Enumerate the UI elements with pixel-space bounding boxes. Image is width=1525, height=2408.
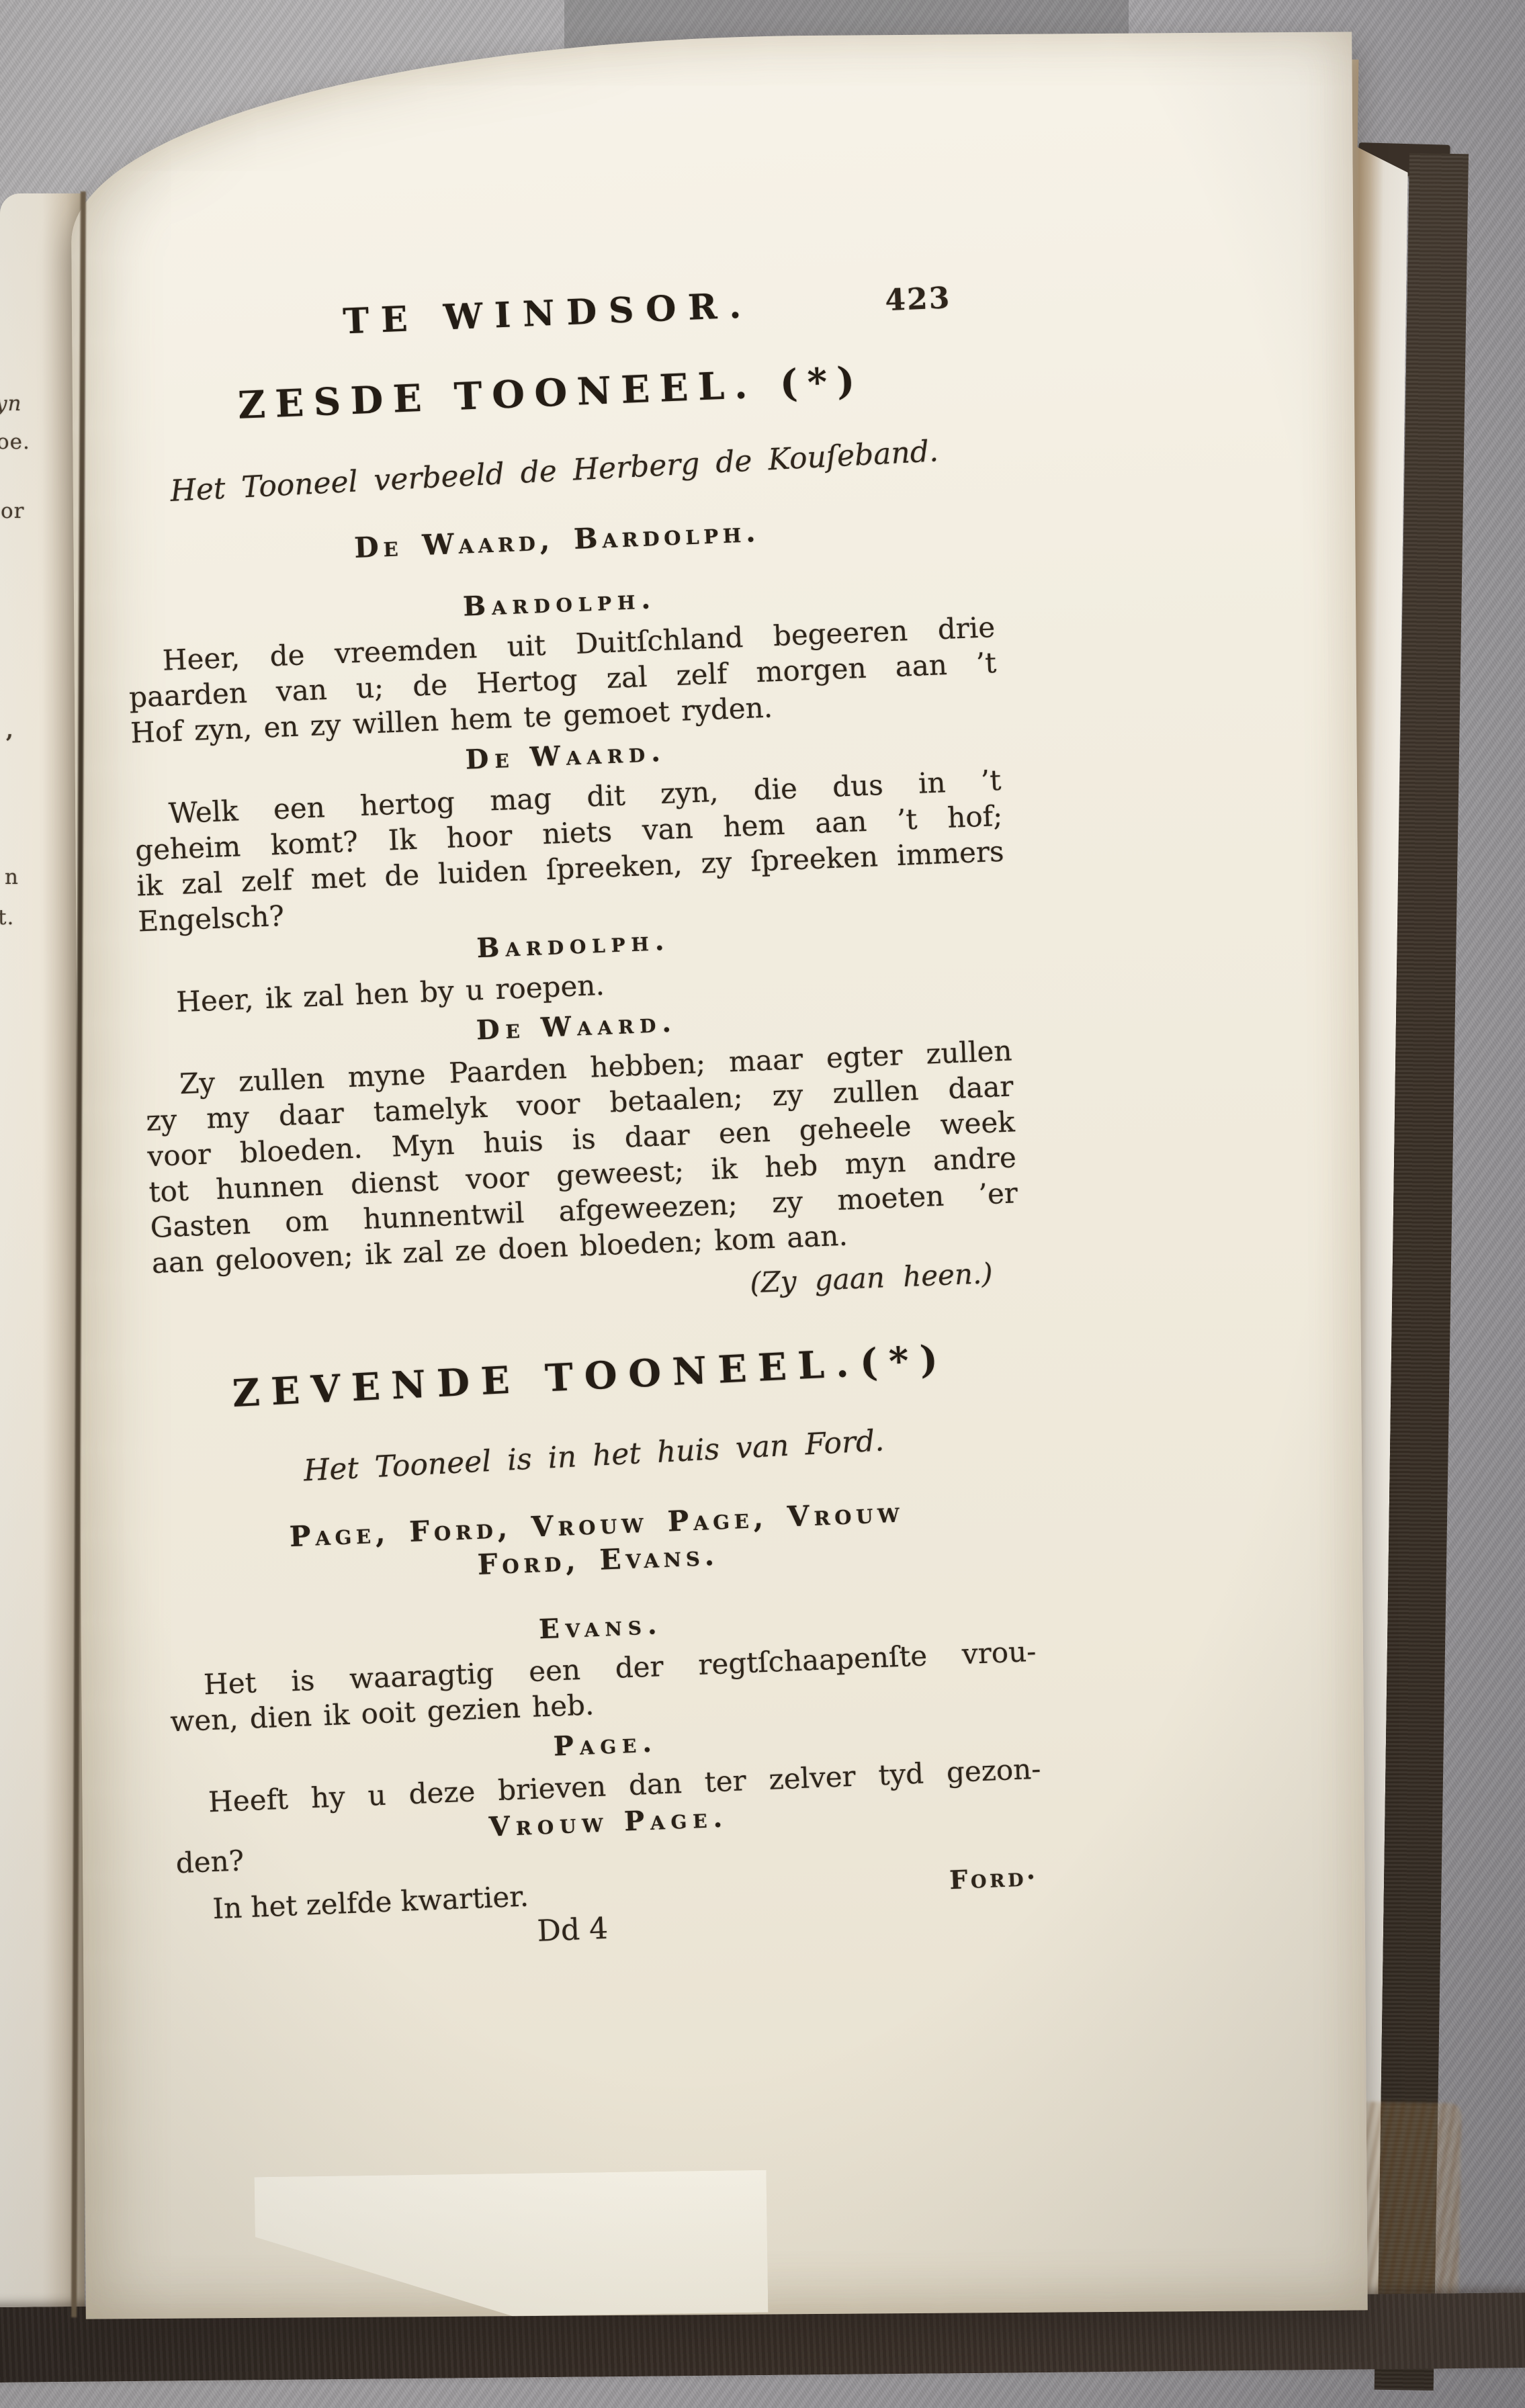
facing-page-text-fragment: yn (0, 392, 21, 416)
scene-seven-heading: ZEVENDE TOONEEL.(*) (156, 1333, 1025, 1420)
scene-six-setting: Het Tooneel verbeeld de Herberg de Kouſe… (120, 431, 989, 511)
scene-six-heading: ZESDE TOONEEL. (*) (117, 353, 986, 433)
facing-page-text-fragment: oe. (0, 430, 30, 454)
facing-page-text-fragment: t. (0, 905, 14, 930)
scene-six-characters: De Waard, Bardolph. (123, 506, 992, 574)
speech-waard-2: De Waard. Zy zullen myne Paarden hebben;… (142, 993, 1020, 1282)
running-title: TE WINDSOR. (114, 275, 982, 351)
page-number: 423 (884, 281, 951, 318)
facing-page-text-fragment: or (1, 499, 24, 523)
facing-page-text-fragment: , (6, 719, 14, 743)
book-photo: yn oe. or , n t. TE WINDSOR. 423 ZESDE T… (0, 0, 1525, 2408)
facing-page-text-fragment: n (5, 865, 19, 889)
catchword: Ford· (949, 1859, 1045, 1898)
scene-seven-setting: Het Tooneel is in het huis van Ford. (160, 1416, 1029, 1496)
book-page: TE WINDSOR. 423 ZESDE TOONEEL. (*) Het T… (70, 32, 1368, 2319)
page-text: TE WINDSOR. 423 ZESDE TOONEEL. (*) Het T… (114, 275, 1047, 1963)
facing-page-edge: yn oe. or , n t. (0, 193, 85, 2319)
stage-direction: (Zy gaan heen.) (749, 1257, 993, 1299)
page-header: TE WINDSOR. 423 (114, 275, 983, 353)
speech-waard-1: De Waard. Welk een hertog mag dit zyn, d… (132, 723, 1006, 940)
speech-bardolph-1: Bardolph. Heer, de vreemden uit Duitſchl… (126, 570, 999, 751)
speech-line-continuation: den? (175, 1844, 245, 1879)
